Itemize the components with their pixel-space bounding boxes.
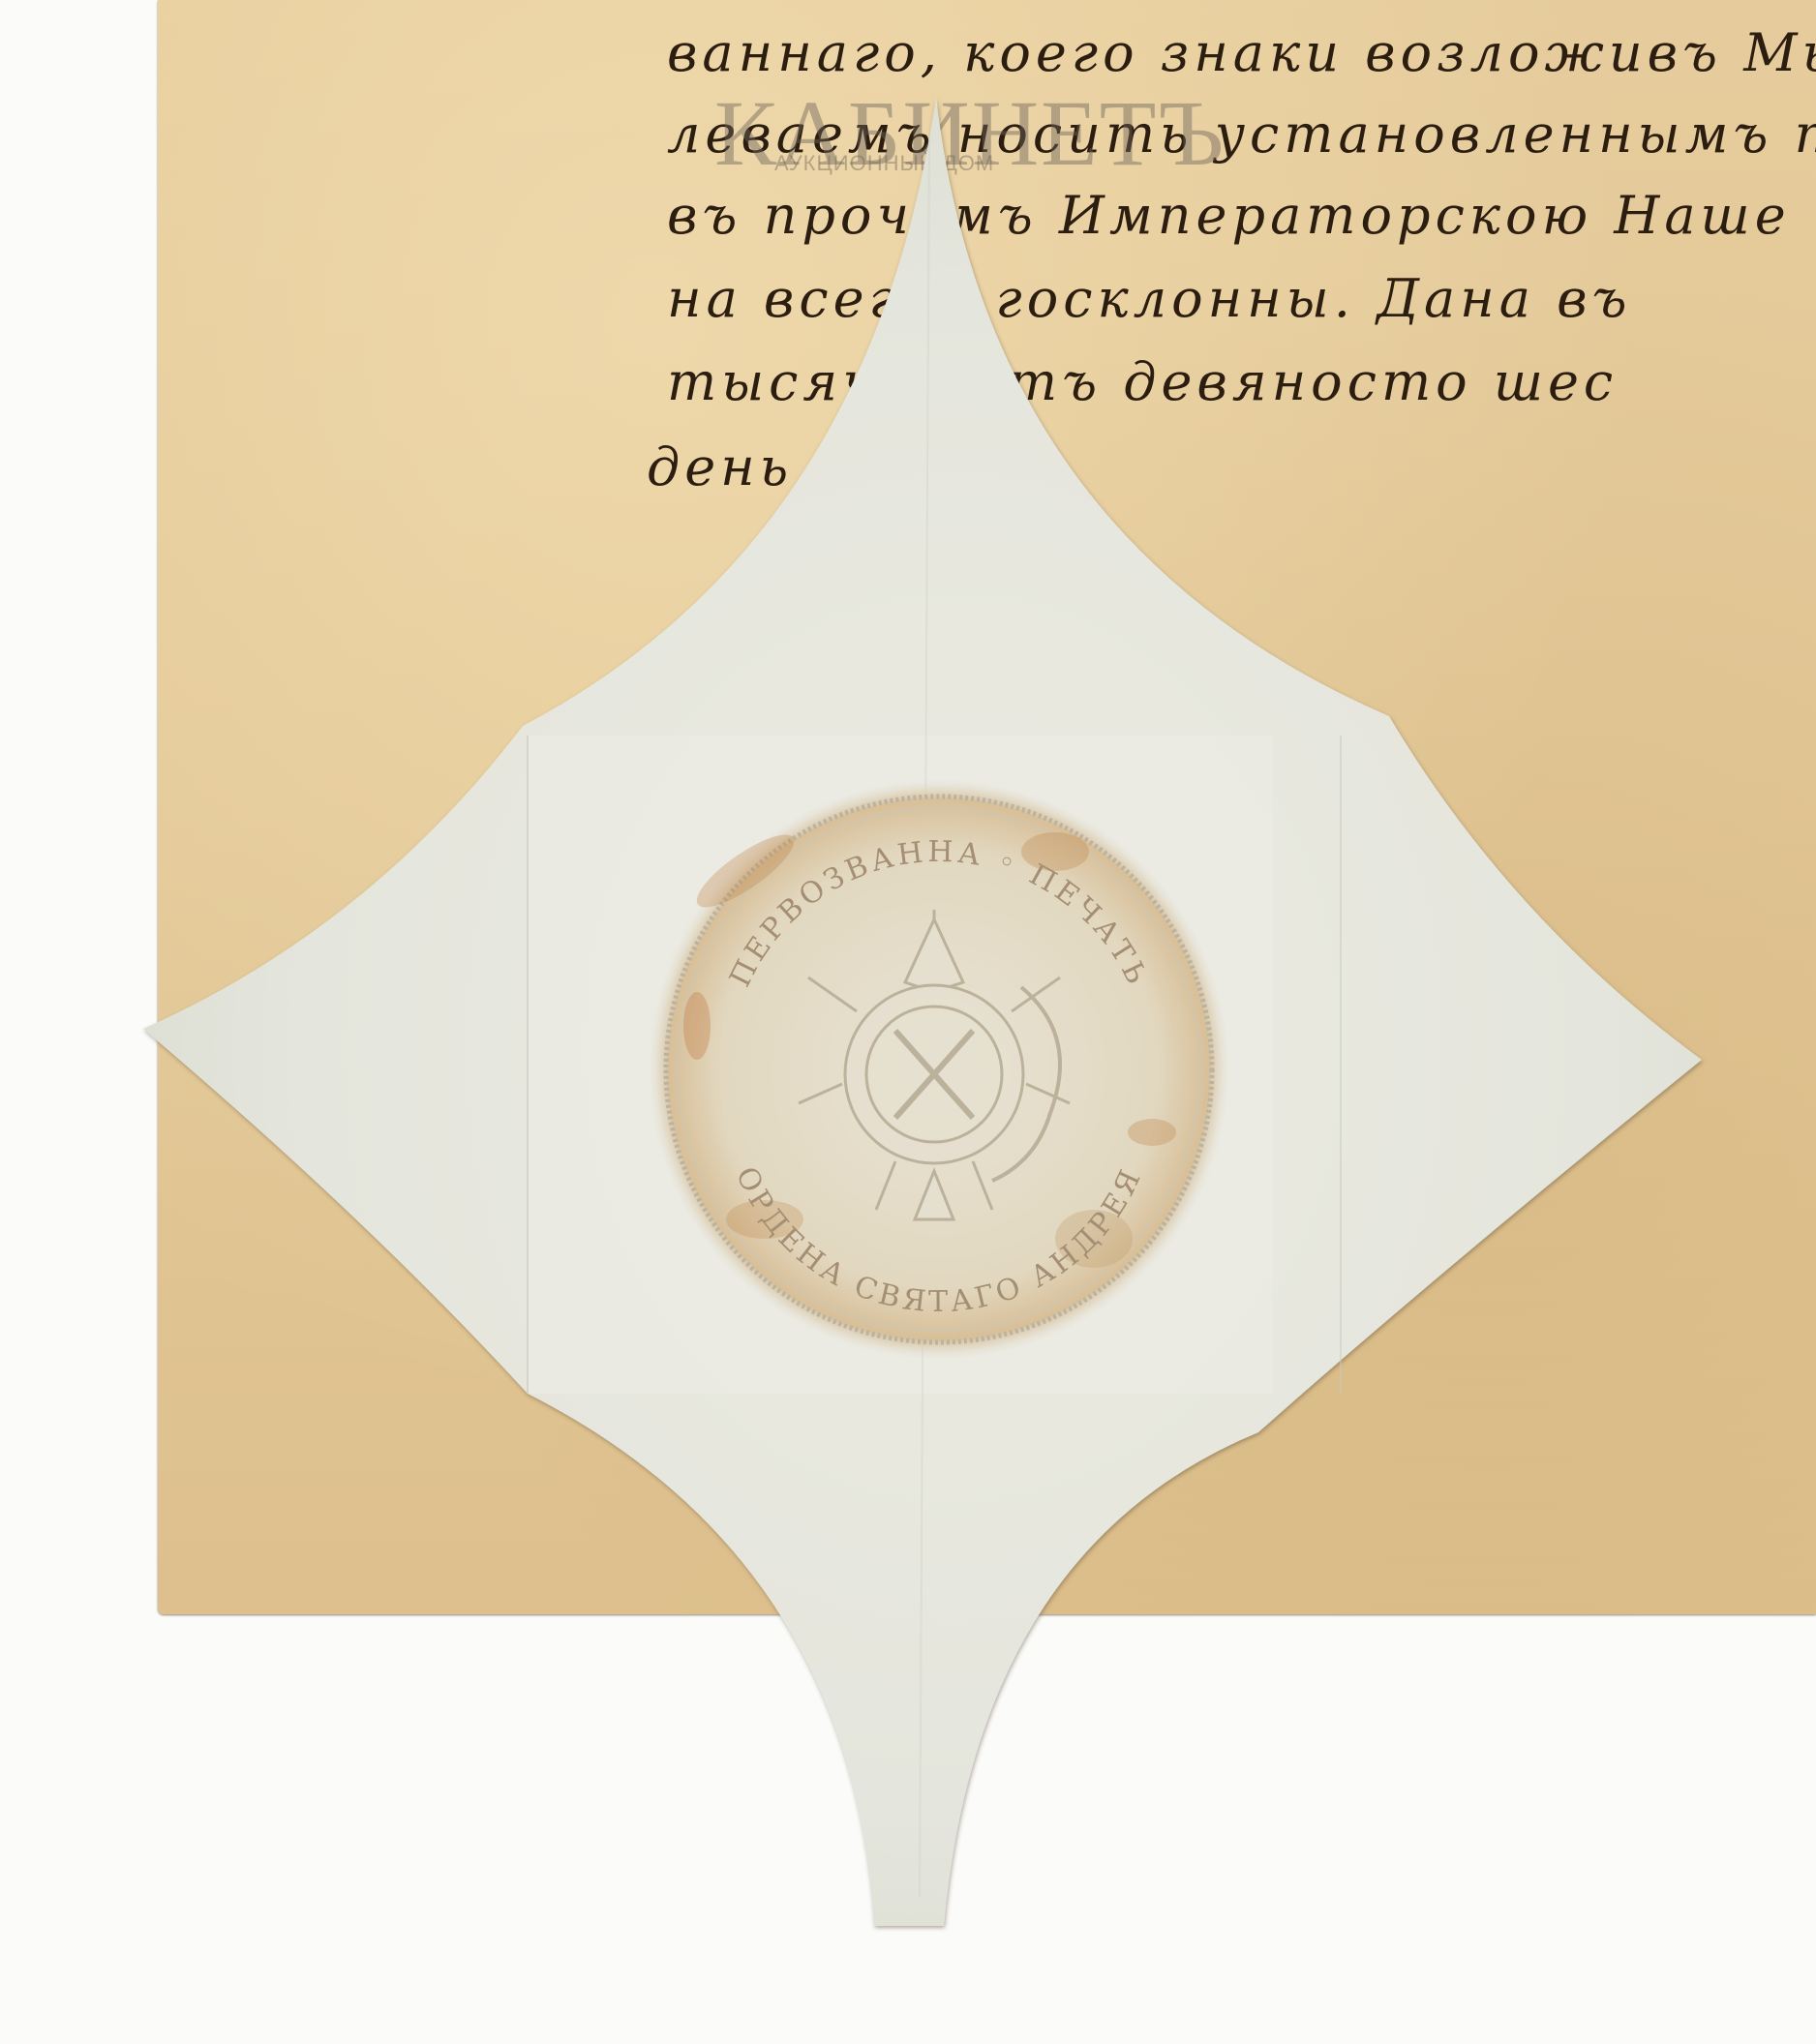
- paper-seal-cover: ПЕРВОЗВАННА ◦ ПЕЧАТЬ ОРДЕНА СВЯТАГО АНДР…: [0, 0, 1816, 2044]
- embossed-seal: ПЕРВОЗВАННА ◦ ПЕЧАТЬ ОРДЕНА СВЯТАГО АНДР…: [649, 779, 1229, 1360]
